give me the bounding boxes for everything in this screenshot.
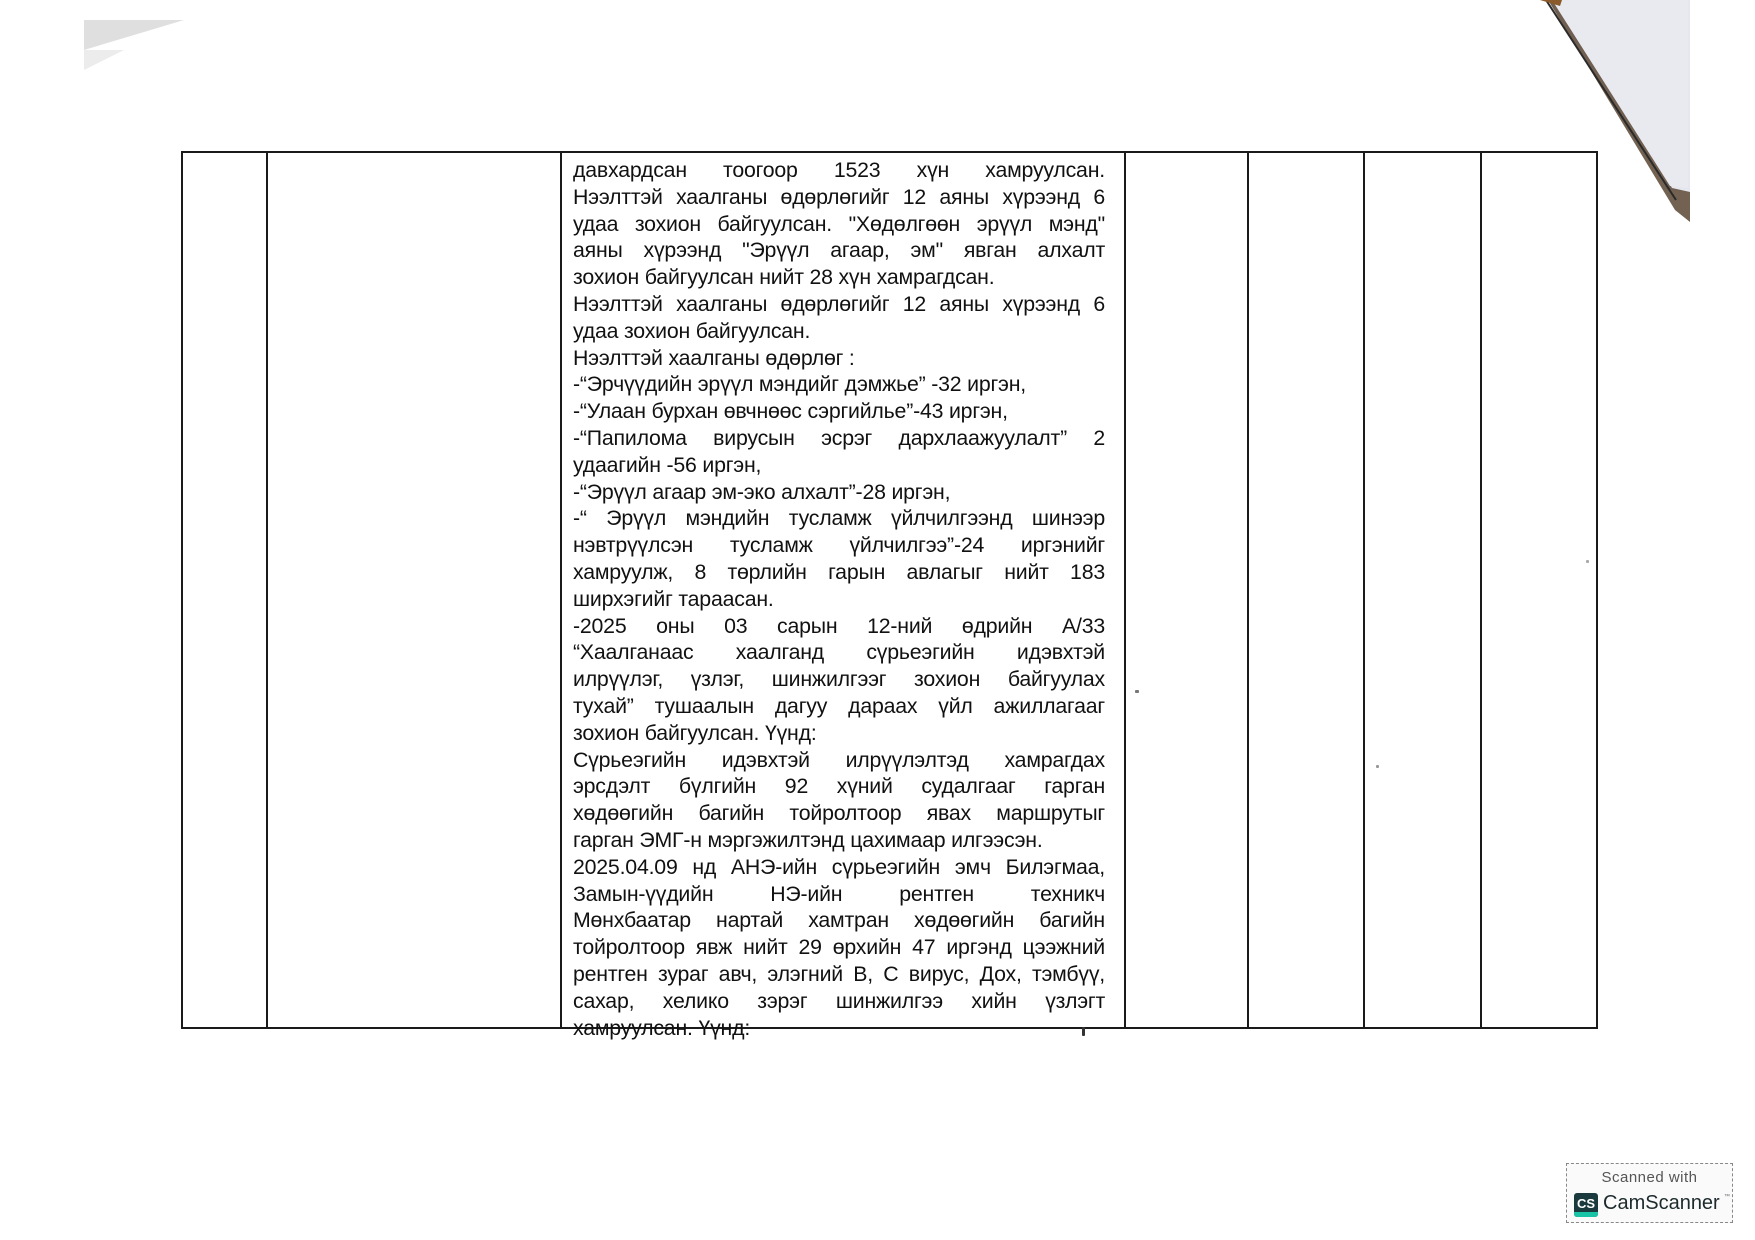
- text-line: 2025.04.09 нд АНЭ-ийн сүрьеэгийн эмч Бил…: [573, 854, 1105, 881]
- text-line: эрсдэлт бүлгийн 92 хүний судалгааг гарга…: [573, 773, 1105, 800]
- camscanner-watermark: Scanned with CS CamScanner ™: [1566, 1163, 1733, 1223]
- text-line: Мөнхбаатар нартай хамтран хөдөөгийн баги…: [573, 907, 1105, 934]
- text-line: Сүрьеэгийн идэвхтэй илрүүлэлтэд хамрагда…: [573, 747, 1105, 774]
- text-line: зохион байгуулсан. Үүнд:: [573, 720, 1105, 747]
- text-line: тухай” тушаалын дагуу дараах үйл ажиллаг…: [573, 693, 1105, 720]
- scan-speck: [1135, 690, 1139, 693]
- text-line: -“Эрүүл агаар эм-эко алхалт”-28 иргэн,: [573, 479, 1105, 506]
- text-line: сахар, хелико зэрэг шинжилгээ хийн үзлэг…: [573, 988, 1105, 1015]
- text-line: -“Папилома вирусын эсрэг дархлаажуулалт”…: [573, 425, 1105, 452]
- text-line: нэвтрүүлсэн тусламж үйлчилгээ”-24 иргэни…: [573, 532, 1105, 559]
- text-line: рентген зураг авч, элэгний В, С вирус, Д…: [573, 961, 1105, 988]
- scan-shadow-top-left: [84, 20, 184, 50]
- text-line: -“ Эрүүл мэндийн тусламж үйлчилгээнд шин…: [573, 505, 1105, 532]
- trademark-symbol: ™: [1724, 1194, 1730, 1200]
- text-line: хамруулж, 8 төрлийн гарын авлагыг нийт 1…: [573, 559, 1105, 586]
- column-divider: [1124, 153, 1126, 1027]
- text-line: удаа зохион байгуулсан.: [573, 318, 1105, 345]
- column-divider: [1480, 153, 1482, 1027]
- text-line: -“Эрчүүдийн эрүүл мэндийг дэмжье” -32 ир…: [573, 371, 1105, 398]
- text-line: удаа зохион байгуулсан. "Хөдөлгөөн эрүүл…: [573, 211, 1105, 238]
- watermark-caption: Scanned with: [1567, 1169, 1732, 1186]
- column-divider: [266, 153, 268, 1027]
- text-line: “Хаалганаас хаалганд сүрьеэгийн идэвхтэй: [573, 639, 1105, 666]
- text-line: удаагийн -56 иргэн,: [573, 452, 1105, 479]
- text-line: хамруулсан. Үүнд:: [573, 1015, 1105, 1042]
- text-line: Нээлттэй хаалганы өдөрлөг :: [573, 345, 1105, 372]
- activity-description-cell: давхардсан тоогоор 1523 хүн хамруулсан.Н…: [573, 157, 1105, 1041]
- text-line: Нээлттэй хаалганы өдөрлөгийг 12 аяны хүр…: [573, 184, 1105, 211]
- text-line: гарган ЭМГ-н мэргэжилтэнд цахимаар илгээ…: [573, 827, 1105, 854]
- scan-shadow-top-left-faint: [84, 50, 124, 70]
- text-line: ширхэгийг тараасан.: [573, 586, 1105, 613]
- scan-speck: [1376, 765, 1379, 768]
- column-divider: [560, 153, 562, 1027]
- text-line: -2025 оны 03 сарын 12-ний өдрийн А/33: [573, 613, 1105, 640]
- text-line: зохион байгуулсан нийт 28 хүн хамрагдсан…: [573, 264, 1105, 291]
- camscanner-logo-icon: CS: [1574, 1193, 1598, 1217]
- watermark-brand: CamScanner: [1603, 1192, 1720, 1215]
- text-line: Нээлттэй хаалганы өдөрлөгийг 12 аяны хүр…: [573, 291, 1105, 318]
- text-line: илрүүлэг, үзлэг, шинжилгээг зохион байгу…: [573, 666, 1105, 693]
- column-divider: [1363, 153, 1365, 1027]
- text-line: аяны хүрээнд "Эрүүл агаар, эм" явган алх…: [573, 237, 1105, 264]
- text-line: Замын-үүдийн НЭ-ийн рентген техникч: [573, 881, 1105, 908]
- text-line: -“Улаан бурхан өвчнөөс сэргийлье”-43 ирг…: [573, 398, 1105, 425]
- report-table: давхардсан тоогоор 1523 хүн хамруулсан.Н…: [181, 151, 1598, 1029]
- text-line: хөдөөгийн багийн тойролтоор явах маршрут…: [573, 800, 1105, 827]
- text-line: давхардсан тоогоор 1523 хүн хамруулсан.: [573, 157, 1105, 184]
- scan-speck: [1082, 1027, 1085, 1036]
- column-divider: [1247, 153, 1249, 1027]
- text-line: тойролтоор явж нийт 29 өрхийн 47 иргэнд …: [573, 934, 1105, 961]
- scan-speck: [1586, 560, 1589, 563]
